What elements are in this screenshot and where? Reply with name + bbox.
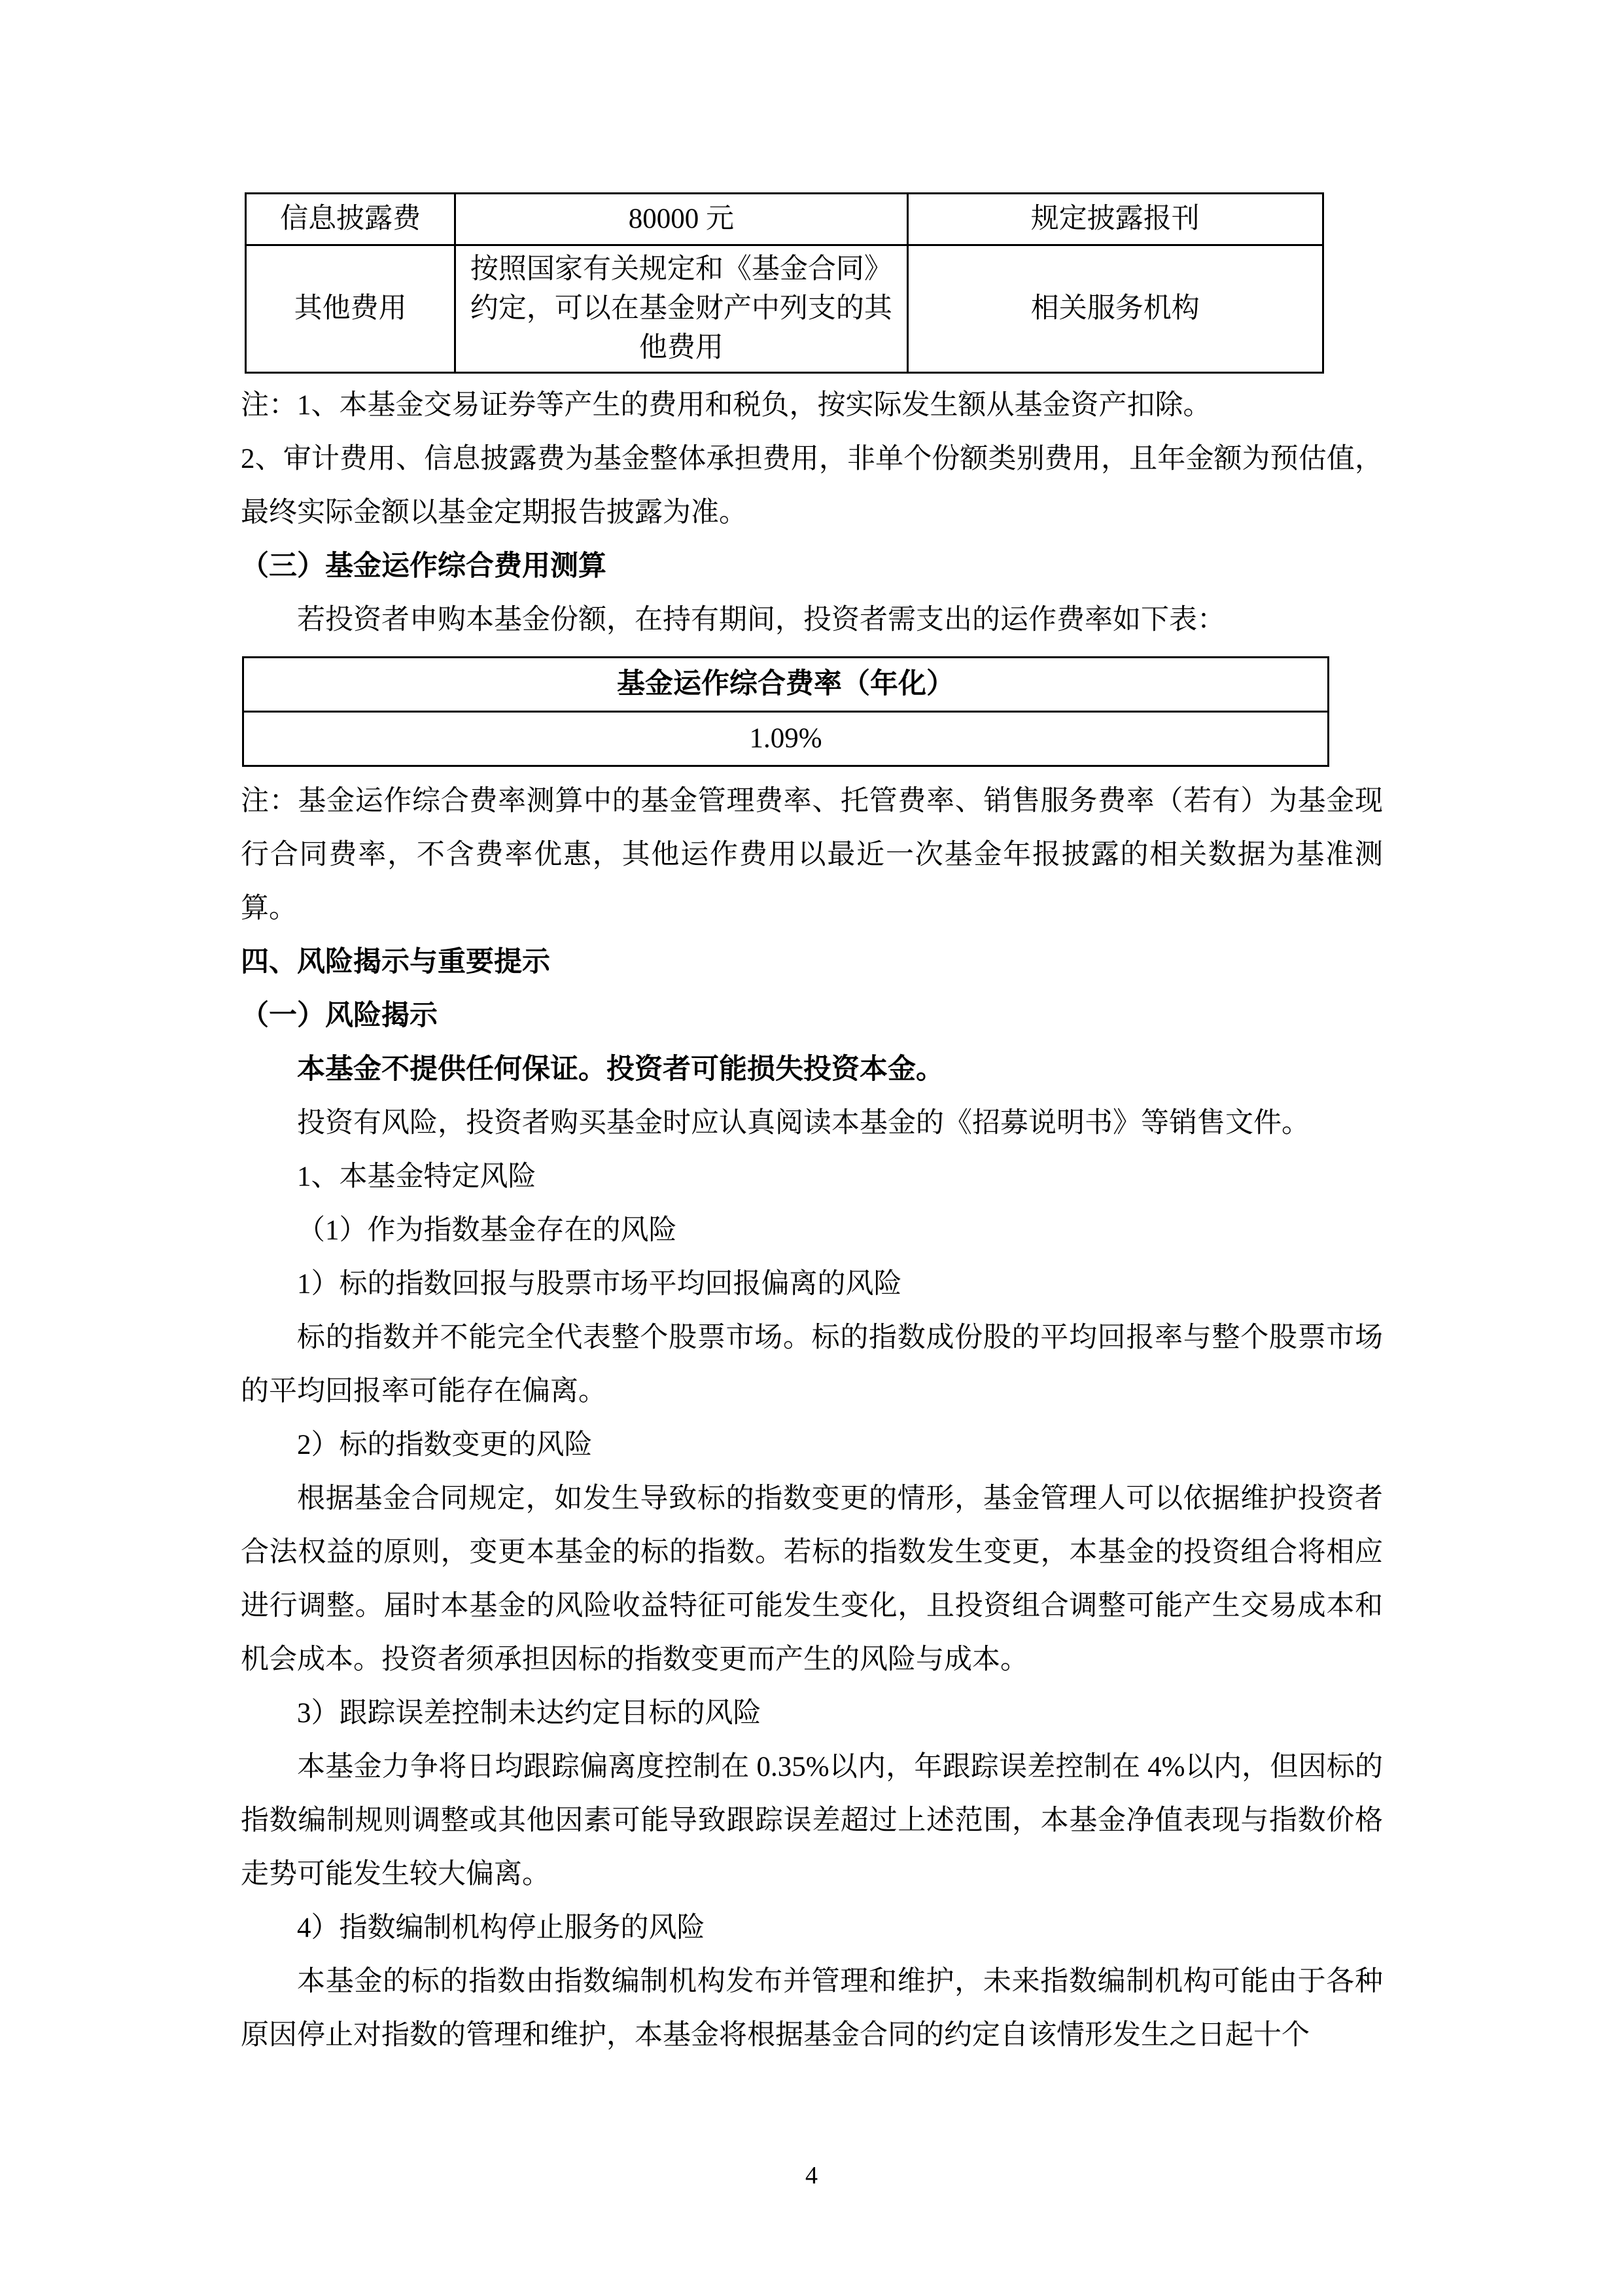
fee-item-cell: 信息披露费 — [246, 194, 455, 245]
document-page: { "doc": { "fee_table": { "rows": [ { "i… — [0, 0, 1623, 2296]
fee-table-row-other: 其他费用 按照国家有关规定和《基金合同》约定，可以在基金财产中列支的其他费用 相… — [246, 245, 1323, 373]
risk2-body: 根据基金合同规定，如发生导致标的指数变更的情形，基金管理人可以依据维护投资者合法… — [241, 1472, 1383, 1687]
section3-intro: 若投资者申购本基金份额，在持有期间，投资者需支出的运作费率如下表： — [241, 593, 1383, 647]
risk3-body: 本基金力争将日均跟踪偏离度控制在 0.35%以内，年跟踪误差控制在 4%以内，但… — [241, 1740, 1383, 1901]
fee-value-cell: 按照国家有关规定和《基金合同》约定，可以在基金财产中列支的其他费用 — [455, 245, 907, 373]
fee-table-row-disclosure: 信息披露费 80000 元 规定披露报刊 — [246, 194, 1323, 245]
rate-table: 基金运作综合费率（年化） 1.09% — [242, 656, 1329, 767]
fee-payee-cell: 规定披露报刊 — [907, 194, 1323, 245]
fee-value-cell: 80000 元 — [455, 194, 907, 245]
rate-table-value-row: 1.09% — [243, 712, 1329, 766]
section3-heading: （三）基金运作综合费用测算 — [241, 540, 1383, 593]
risk3-title: 3）跟踪误差控制未达约定目标的风险 — [241, 1687, 1383, 1740]
rate-table-header-row: 基金运作综合费率（年化） — [243, 658, 1329, 712]
risk4-body: 本基金的标的指数由指数编制机构发布并管理和维护，未来指数编制机构可能由于各种原因… — [241, 1955, 1383, 2062]
rate-table-header-cell: 基金运作综合费率（年化） — [243, 658, 1329, 712]
rate-table-value-cell: 1.09% — [243, 712, 1329, 766]
fee-item-cell: 其他费用 — [246, 245, 455, 373]
fee-payee-cell: 相关服务机构 — [907, 245, 1323, 373]
risk1-title: 1）标的指数回报与股票市场平均回报偏离的风险 — [241, 1258, 1383, 1311]
risk4-title: 4）指数编制机构停止服务的风险 — [241, 1901, 1383, 1955]
index-fund-risk-title: （1）作为指数基金存在的风险 — [241, 1204, 1383, 1258]
fee-note-2: 2、审计费用、信息披露费为基金整体承担费用，非单个份额类别费用，且年金额为预估值… — [241, 433, 1383, 540]
rate-note: 注：基金运作综合费率测算中的基金管理费率、托管费率、销售服务费率（若有）为基金现… — [241, 775, 1383, 936]
risk1-body: 标的指数并不能完全代表整个股票市场。标的指数成份股的平均回报率与整个股票市场的平… — [241, 1311, 1383, 1419]
warning-statement: 本基金不提供任何保证。投资者可能损失投资本金。 — [241, 1043, 1383, 1097]
page-number: 4 — [0, 2159, 1623, 2192]
section4-sub1-heading: （一）风险揭示 — [241, 989, 1383, 1043]
page-content: 信息披露费 80000 元 规定披露报刊 其他费用 按照国家有关规定和《基金合同… — [241, 192, 1383, 2062]
risk2-title: 2）标的指数变更的风险 — [241, 1419, 1383, 1472]
fee-note-1: 注：1、本基金交易证券等产生的费用和税负，按实际发生额从基金资产扣除。 — [241, 379, 1383, 433]
specific-risk-title: 1、本基金特定风险 — [241, 1150, 1383, 1204]
fee-table: 信息披露费 80000 元 规定披露报刊 其他费用 按照国家有关规定和《基金合同… — [245, 192, 1324, 374]
section4-heading: 四、风险揭示与重要提示 — [241, 936, 1383, 989]
risk-intro: 投资有风险，投资者购买基金时应认真阅读本基金的《招募说明书》等销售文件。 — [241, 1097, 1383, 1150]
